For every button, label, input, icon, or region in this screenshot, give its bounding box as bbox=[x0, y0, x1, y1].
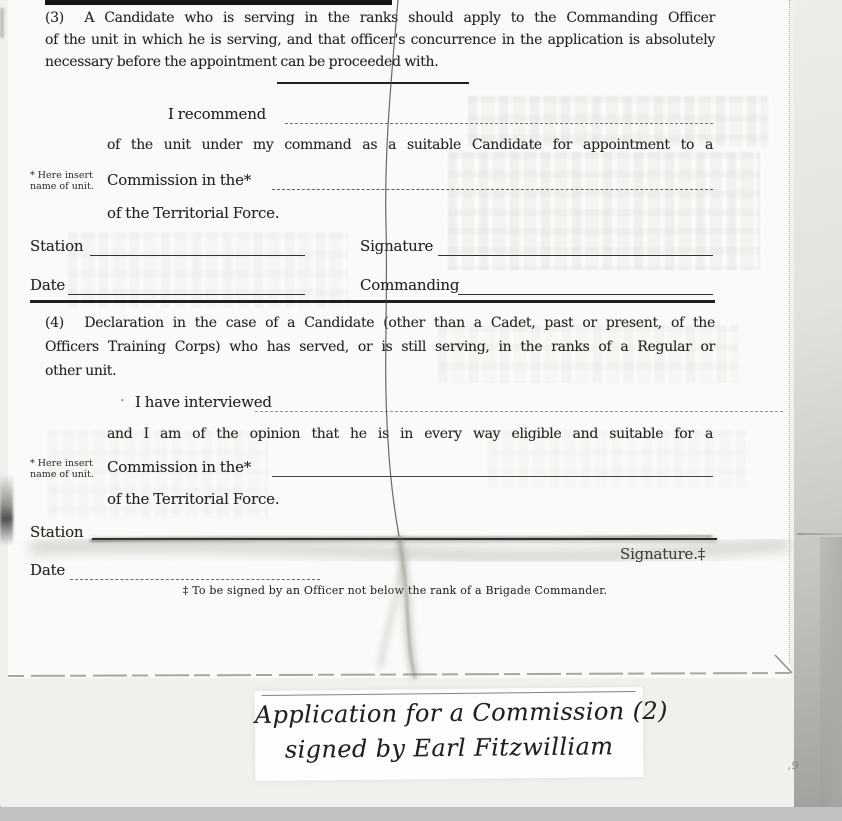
caption-label: Application for a Commission (2) signed … bbox=[255, 687, 644, 781]
signature-label: Signature.‡ bbox=[620, 545, 705, 563]
section3-paragraph: (3) A Candidate who is serving in the ra… bbox=[45, 10, 715, 76]
signature-blank-line bbox=[438, 255, 713, 256]
margin-note-unit: * Here insert name of unit. bbox=[30, 170, 116, 192]
short-divider-rule bbox=[277, 82, 469, 84]
date-label: Date bbox=[30, 276, 65, 294]
commission-blank-line bbox=[272, 476, 713, 477]
caption-title: Application for a Commission (2) bbox=[255, 697, 643, 729]
margin-note-unit: * Here insert name of unit. bbox=[30, 458, 116, 480]
page-top-edge-bar bbox=[45, 0, 392, 5]
paragraph-line: Officers Training Corps) who has served,… bbox=[45, 339, 715, 363]
commission-label: Commission in the* bbox=[107, 171, 251, 189]
scanner-background-strip bbox=[0, 807, 842, 821]
page-bottom-edge-texture bbox=[8, 636, 790, 678]
opinion-line: and I am of the opinion that he is in ev… bbox=[107, 426, 713, 442]
commission-blank-line bbox=[272, 189, 713, 190]
station-label: Station bbox=[30, 523, 83, 541]
recommend-blank-line bbox=[285, 123, 713, 124]
bleed-through-texture bbox=[448, 152, 760, 270]
backing-page-right-edge bbox=[820, 537, 842, 808]
commission-label: Commission in the* bbox=[107, 458, 251, 476]
date-label: Date bbox=[30, 561, 65, 579]
margin-note-line: * Here insert bbox=[30, 458, 116, 469]
interviewed-label: I have interviewed bbox=[135, 393, 272, 411]
scanned-document: (3) A Candidate who is serving in the ra… bbox=[0, 0, 842, 821]
paragraph-line: necessary before the appointment can be … bbox=[45, 54, 715, 76]
territorial-force-line: of the Territorial Force. bbox=[107, 490, 279, 508]
station-blank-line bbox=[92, 538, 717, 540]
print-artifact-dot: · bbox=[120, 393, 124, 409]
commanding-label: Commanding bbox=[360, 276, 459, 294]
scan-edge-smudge bbox=[0, 8, 4, 38]
territorial-force-line: of the Territorial Force. bbox=[107, 204, 279, 222]
margin-note-line: name of unit. bbox=[30, 181, 116, 192]
caption-top-border bbox=[262, 691, 636, 696]
form-page: (3) A Candidate who is serving in the ra… bbox=[8, 0, 790, 678]
recommend-label: I recommend bbox=[168, 105, 266, 123]
pencil-page-mark: ,9 bbox=[787, 758, 799, 772]
footnote: ‡ To be signed by an Officer not below t… bbox=[160, 584, 630, 597]
paragraph-line: of the unit in which he is serving, and … bbox=[45, 32, 715, 54]
commanding-blank-line bbox=[458, 294, 713, 295]
section-divider-rule bbox=[30, 300, 715, 303]
backing-page-overlap-line bbox=[797, 533, 842, 535]
signature-label: Signature bbox=[360, 237, 433, 255]
station-label: Station bbox=[30, 237, 83, 255]
paragraph-line: (3) A Candidate who is serving in the ra… bbox=[45, 10, 715, 32]
margin-note-line: * Here insert bbox=[30, 170, 116, 181]
station-blank-line bbox=[90, 255, 305, 256]
date-blank-line bbox=[70, 579, 320, 580]
interviewed-blank-line bbox=[255, 411, 783, 412]
margin-note-line: name of unit. bbox=[30, 469, 116, 480]
page-fold-shadow bbox=[0, 474, 13, 546]
unit-command-line: of the unit under my command as a suitab… bbox=[107, 137, 713, 153]
bleed-through-texture bbox=[68, 232, 348, 308]
caption-subtitle: signed by Earl Fitzwilliam bbox=[255, 732, 643, 764]
section4-paragraph: (4) Declaration in the case of a Candida… bbox=[45, 315, 715, 387]
paragraph-line: (4) Declaration in the case of a Candida… bbox=[45, 315, 715, 339]
paragraph-line: other unit. bbox=[45, 363, 715, 387]
date-blank-line bbox=[68, 294, 305, 295]
